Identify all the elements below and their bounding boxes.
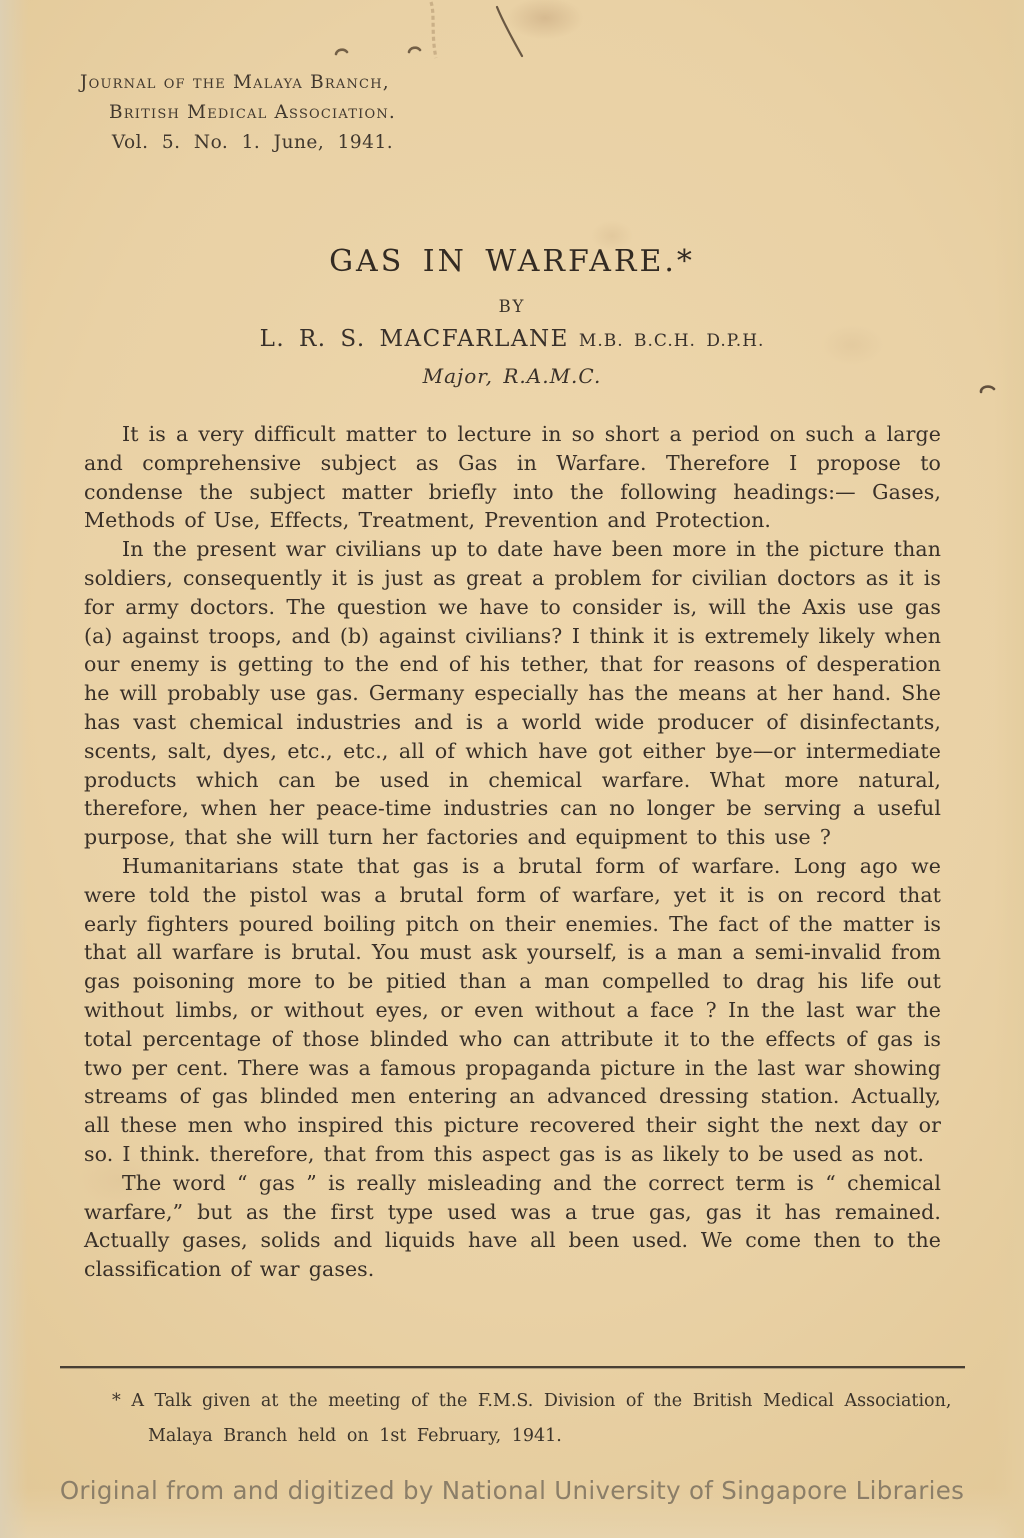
scanned-journal-page: Journal of the Malaya Branch, British Me… [0, 0, 1024, 1538]
paragraph-2: In the present war civilians up to date … [84, 535, 941, 852]
digitization-watermark: Original from and digitized by National … [0, 1476, 1024, 1505]
journal-masthead: Journal of the Malaya Branch, British Me… [80, 68, 425, 158]
pencil-stroke-diagonal [497, 7, 522, 56]
footnote-divider [60, 1366, 965, 1369]
paragraph-3: Humanitarians state that gas is a brutal… [84, 852, 941, 1169]
footnote: * A Talk given at the meeting of the F.M… [112, 1384, 958, 1454]
journal-name: Journal of the Malaya Branch, [80, 68, 425, 98]
byline-label: BY [0, 297, 1024, 316]
paragraph-1: It is a very difficult matter to lecture… [84, 420, 941, 535]
journal-volume-issue-date: Vol. 5. No. 1. June, 1941. [80, 128, 425, 158]
small-arc-mark-center [409, 48, 420, 52]
article-body: It is a very difficult matter to lecture… [84, 420, 941, 1284]
article-title: GAS IN WARFARE.* [0, 244, 1024, 279]
footnote-line-2: Malaya Branch held on 1st February, 1941… [112, 1419, 958, 1454]
small-arc-mark-left [336, 50, 347, 54]
journal-association: British Medical Association. [80, 98, 425, 128]
author-line: L. R. S. MACFARLANEM.B. B.C.H. D.P.H. [0, 326, 1024, 352]
scratch-mark-vertical [431, 2, 436, 58]
paragraph-4: The word “ gas ” is really misleading an… [84, 1169, 941, 1284]
footnote-line-1: * A Talk given at the meeting of the F.M… [112, 1384, 958, 1419]
author-degrees: M.B. B.C.H. D.P.H. [579, 331, 765, 351]
author-name: L. R. S. MACFARLANE [260, 326, 569, 352]
author-rank: Major, R.A.M.C. [0, 364, 1024, 388]
